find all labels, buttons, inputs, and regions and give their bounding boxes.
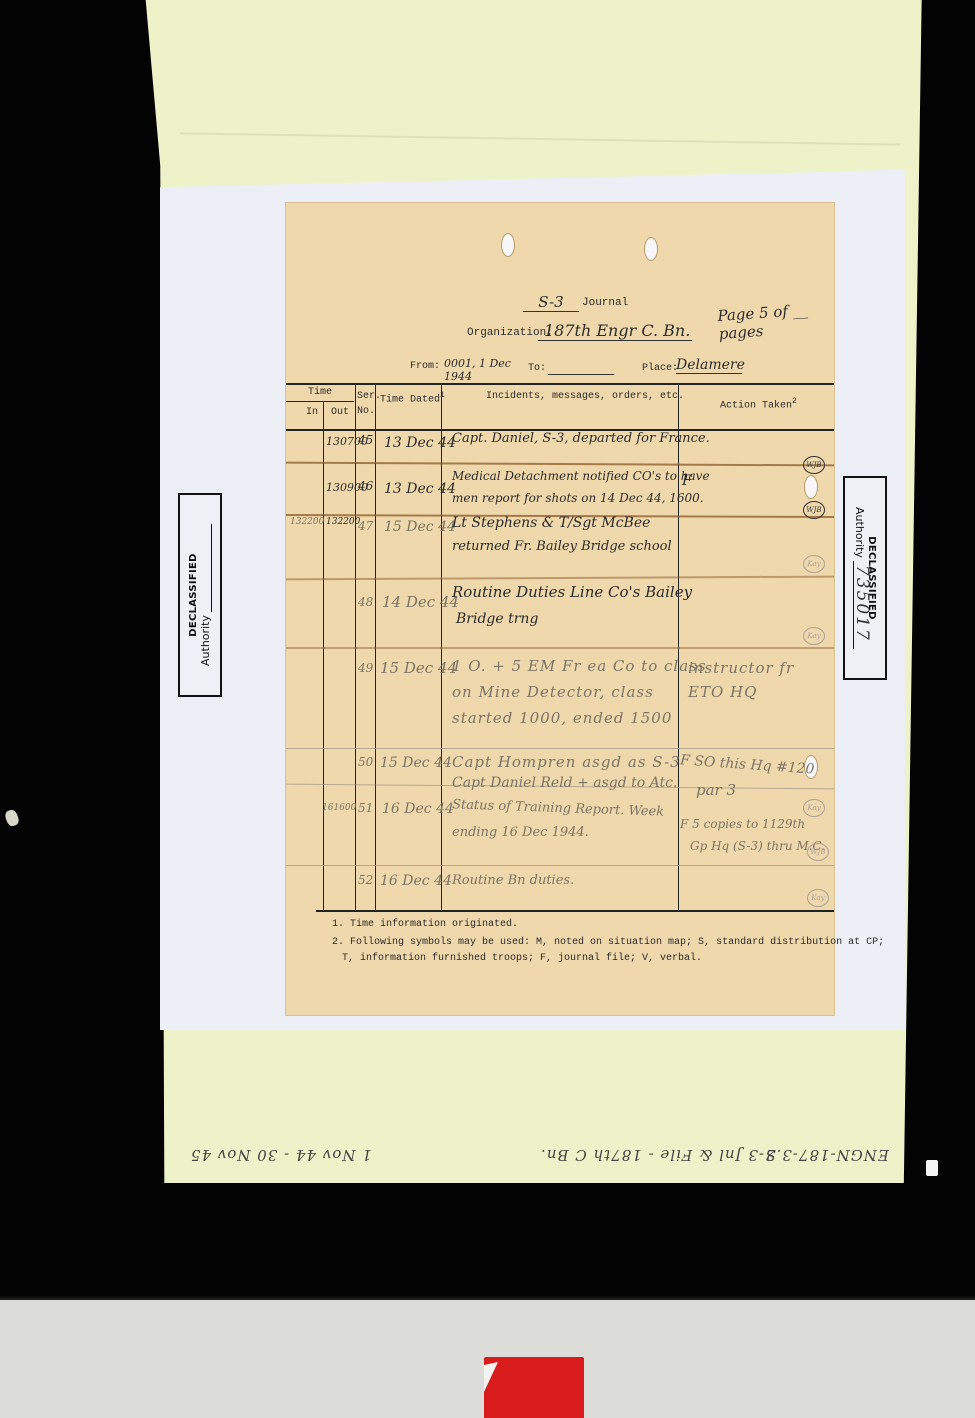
entry-incident-line1: Lt Stephens & T/Sgt McBee — [452, 515, 650, 531]
row-separator — [286, 748, 834, 749]
entry-ser: 51 — [358, 801, 373, 815]
entry-dated: 16 Dec 44 — [380, 873, 452, 889]
entry-ser: 52 — [358, 873, 373, 887]
entry-ser: 48 — [358, 595, 373, 609]
entry-dated: 15 Dec 44 — [380, 659, 457, 677]
from-value: 0001, 1 Dec 1944 — [444, 357, 520, 384]
entry-incident-line2: returned Fr. Bailey Bridge school — [452, 539, 672, 554]
entry-out: 132200 — [326, 517, 360, 527]
place-label: Place: — [642, 363, 678, 374]
journal-page: S-3 Journal Page 5 of __ pages Organizat… — [286, 203, 834, 1015]
entry-incident-line2: Bridge trng — [456, 611, 538, 627]
row-separator — [286, 576, 834, 581]
entry-action-line1: F SO this Hq #120 — [680, 752, 815, 777]
initials-stamp: WJB — [807, 843, 829, 861]
folder-label: ENGN-187-3.2 S-3 Jnl & File - 187th C Bn… — [170, 1138, 930, 1178]
punch-hole — [644, 237, 658, 261]
organization-value: 187th Engr C. Bn. — [538, 321, 692, 341]
entry-incident-line2: Capt Daniel Reld + asgd to Atc. — [452, 775, 677, 791]
stamp-title: DECLASSIFIED — [188, 500, 199, 690]
entry-ser: 50 — [358, 755, 373, 769]
initials-stamp: WJB — [803, 501, 825, 519]
entry-incident-line1: Medical Detachment notified CO's to have — [452, 469, 710, 483]
entry-action-line2: ETO HQ — [688, 683, 757, 701]
entry-action-line2: Gp Hq (S-3) thru M.C. — [690, 839, 825, 853]
authority-number: 735017 — [852, 565, 872, 642]
entry-incident-line1: 1 O. + 5 EM Fr ea Co to class — [452, 657, 707, 675]
declassified-stamp-left: DECLASSIFIED Authority — [178, 493, 222, 697]
authority-line: 735017 — [853, 561, 866, 649]
entry-ser: 47 — [358, 519, 373, 533]
entry-action: F — [682, 473, 692, 489]
folder-clip — [926, 1160, 938, 1176]
entry-incident-line1: Status of Training Report. Week — [452, 797, 665, 819]
place-value: Delamere — [676, 357, 742, 374]
entry-in: 132200 — [290, 517, 324, 527]
entry-action-line1: F 5 copies to 1129th — [680, 817, 805, 831]
authority-line — [199, 524, 212, 612]
entry-dated: 16 Dec 44 — [382, 801, 454, 817]
entry-incident-line3: started 1000, ended 1500 — [452, 709, 672, 727]
form-title: Journal — [582, 297, 628, 309]
initials-stamp: Kay — [803, 627, 825, 645]
entry-dated: 15 Dec 44 — [384, 519, 456, 535]
from-label: From: — [410, 361, 440, 372]
entry-incident-line2: on Mine Detector, class — [452, 683, 654, 701]
entry-ser: 46 — [358, 479, 373, 493]
header-action: Action Taken2 — [720, 397, 797, 411]
initials-stamp: Kay — [807, 889, 829, 907]
footnote-2-cont: T, information furnished troops; F, jour… — [342, 953, 702, 964]
initials-stamp: Kay — [803, 555, 825, 573]
entry-dated: 13 Dec 44 — [384, 481, 456, 497]
red-tab-marker — [484, 1357, 584, 1418]
header-time: Time — [308, 387, 332, 398]
footnote-1: 1. Time information originated. — [332, 919, 518, 930]
header-no: No. — [357, 406, 375, 417]
header-time-dated: Time Dated1 — [380, 391, 445, 405]
declassified-stamp-right: DECLASSIFIED Authority735017 — [843, 476, 887, 680]
entry-action-line2: par 3 — [696, 781, 736, 799]
page-number: Page 5 of __ pages — [717, 299, 835, 343]
table-top-border — [286, 383, 834, 385]
header-incidents: Incidents, messages, orders, etc. — [486, 391, 684, 402]
entry-ser: 49 — [358, 661, 373, 675]
folder-label-dates: 1 Nov 44 - 30 Nov 45 — [190, 1146, 372, 1164]
col-divider-in-out — [323, 401, 324, 911]
folder-label-title: S-3 Jnl & File - 187th C Bn. — [540, 1146, 776, 1164]
entry-incident-line2: men report for shots on 14 Dec 44, 1600. — [452, 491, 704, 505]
entry-incident-line1: Routine Duties Line Co's Bailey — [452, 583, 692, 601]
row-separator — [286, 865, 834, 866]
entry-dated: 13 Dec 44 — [384, 435, 456, 451]
punch-hole — [501, 233, 515, 257]
entry-dated: 14 Dec 44 — [382, 593, 459, 611]
entry-incident: Capt. Daniel, S-3, departed for France. — [452, 431, 710, 446]
stamp-authority: Authority — [199, 500, 212, 690]
entry-in: 161600 — [322, 803, 356, 813]
entry-action-line1: instructor fr — [688, 659, 794, 677]
row-separator — [286, 647, 834, 649]
initials-stamp: Kay — [803, 799, 825, 817]
section-field: S-3 — [520, 293, 582, 312]
time-subheader-line — [286, 401, 354, 402]
entry-incident-line1: Capt Hompren asgd as S-3 — [452, 753, 681, 771]
punch-hole — [804, 475, 818, 499]
to-label: To: — [528, 363, 546, 374]
footnote-2: 2. Following symbols may be used: M, not… — [332, 937, 884, 948]
header-out: Out — [331, 407, 349, 418]
header-ser: Ser. — [357, 391, 381, 402]
table-bottom-border — [316, 910, 834, 912]
entry-ser: 45 — [358, 433, 373, 447]
to-value — [548, 363, 614, 375]
initials-stamp: WJB — [803, 456, 825, 474]
row-separator — [286, 462, 834, 467]
entry-dated: 15 Dec 44 — [380, 755, 452, 771]
folder-label-code: ENGN-187-3.2 — [765, 1146, 889, 1164]
stamp-authority: Authority735017 — [853, 483, 866, 673]
header-in: In — [306, 407, 318, 418]
entry-incident-line2: ending 16 Dec 1944. — [452, 825, 589, 840]
entry-incident: Routine Bn duties. — [452, 873, 574, 888]
